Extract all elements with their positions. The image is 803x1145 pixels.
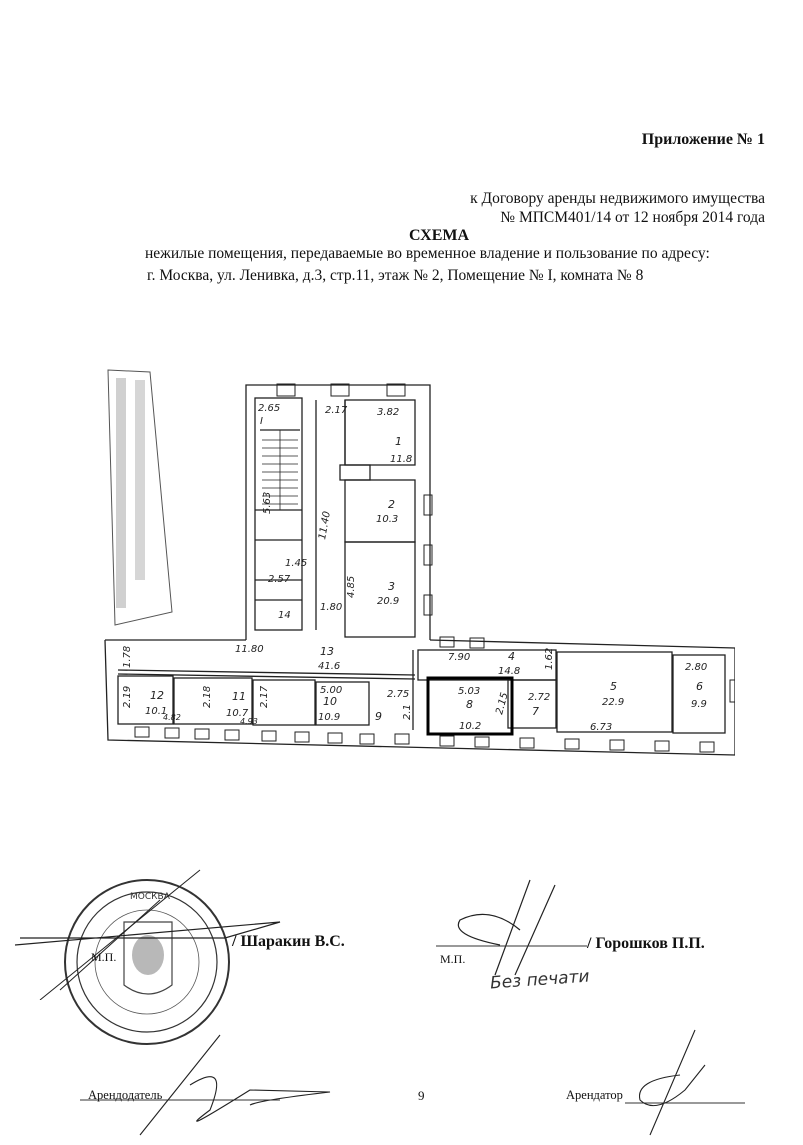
- contract-reference-line1: к Договору аренды недвижимого имущества: [470, 190, 765, 208]
- svg-text:11.8: 11.8: [390, 454, 412, 465]
- svg-text:2.1: 2.1: [402, 704, 413, 720]
- svg-text:4.85: 4.85: [346, 576, 357, 598]
- svg-text:8: 8: [466, 698, 473, 711]
- svg-text:11.40: 11.40: [317, 510, 333, 540]
- tenant-mp-label: М.П.: [440, 952, 465, 967]
- page-number: 9: [418, 1088, 425, 1104]
- svg-text:2.57: 2.57: [268, 574, 291, 585]
- svg-text:2.17: 2.17: [259, 685, 270, 708]
- svg-text:6: 6: [696, 680, 703, 693]
- svg-text:2.19: 2.19: [122, 686, 133, 708]
- svg-text:10.3: 10.3: [376, 514, 398, 525]
- svg-text:10.2: 10.2: [459, 721, 481, 732]
- description-line2: г. Москва, ул. Ленивка, д.3, стр.11, эта…: [147, 267, 643, 285]
- svg-text:41.6: 41.6: [318, 661, 340, 672]
- svg-text:9.9: 9.9: [691, 699, 707, 710]
- svg-text:I: I: [260, 416, 263, 427]
- svg-text:7.90: 7.90: [448, 652, 470, 663]
- svg-text:5.03: 5.03: [458, 686, 480, 697]
- svg-text:11.80: 11.80: [235, 644, 264, 655]
- svg-text:4: 4: [508, 650, 515, 663]
- landlord-signature: [0, 860, 320, 1000]
- svg-text:20.9: 20.9: [377, 596, 399, 607]
- tenant-footer-signature: [615, 1025, 765, 1145]
- landlord-label: Арендодатель: [88, 1088, 162, 1103]
- svg-text:6.73: 6.73: [590, 722, 612, 733]
- svg-text:12: 12: [150, 689, 164, 702]
- svg-text:14.8: 14.8: [498, 666, 520, 677]
- svg-text:2.17: 2.17: [325, 405, 348, 416]
- svg-text:1.45: 1.45: [285, 558, 307, 569]
- svg-text:9: 9: [375, 710, 382, 723]
- tenant-name: / Горошков П.П.: [587, 935, 705, 953]
- tenant-signature: [430, 875, 630, 985]
- svg-text:1: 1: [395, 435, 402, 448]
- svg-text:4.93: 4.93: [240, 717, 258, 726]
- svg-text:5: 5: [610, 680, 617, 693]
- svg-text:14: 14: [278, 610, 291, 621]
- svg-text:3: 3: [388, 580, 395, 593]
- landlord-name: / Шаракин В.С.: [232, 933, 345, 951]
- svg-text:2.18: 2.18: [202, 686, 213, 708]
- schema-title: СХЕМА: [409, 227, 469, 245]
- svg-text:2.65: 2.65: [258, 403, 280, 414]
- svg-text:2.75: 2.75: [387, 689, 409, 700]
- svg-text:1.62: 1.62: [544, 648, 555, 670]
- svg-text:7: 7: [532, 705, 539, 718]
- svg-text:3.82: 3.82: [377, 407, 399, 418]
- svg-text:13: 13: [320, 645, 334, 658]
- svg-text:2.80: 2.80: [685, 662, 707, 673]
- svg-text:11: 11: [232, 690, 246, 703]
- contract-reference-line2: № МПСМ401/14 от 12 ноября 2014 года: [500, 209, 765, 227]
- description-line1: нежилые помещения, передаваемые во време…: [145, 245, 710, 263]
- svg-text:1.78: 1.78: [122, 646, 133, 668]
- svg-text:4.82: 4.82: [163, 713, 181, 722]
- svg-text:10: 10: [323, 695, 337, 708]
- svg-text:22.9: 22.9: [602, 697, 624, 708]
- landlord-mp-label: М.П.: [91, 950, 116, 965]
- floor-plan: 2.65 2.17 3.82 I 1 11.8 2 10.3 3 20.9 5.…: [95, 355, 735, 775]
- landlord-footer-signature: [80, 1030, 360, 1140]
- svg-text:2: 2: [388, 498, 395, 511]
- svg-text:5.63: 5.63: [262, 492, 273, 514]
- svg-text:1.80: 1.80: [320, 602, 342, 613]
- svg-text:2.72: 2.72: [528, 692, 550, 703]
- svg-text:10.9: 10.9: [318, 712, 340, 723]
- appendix-heading: Приложение № 1: [642, 131, 765, 149]
